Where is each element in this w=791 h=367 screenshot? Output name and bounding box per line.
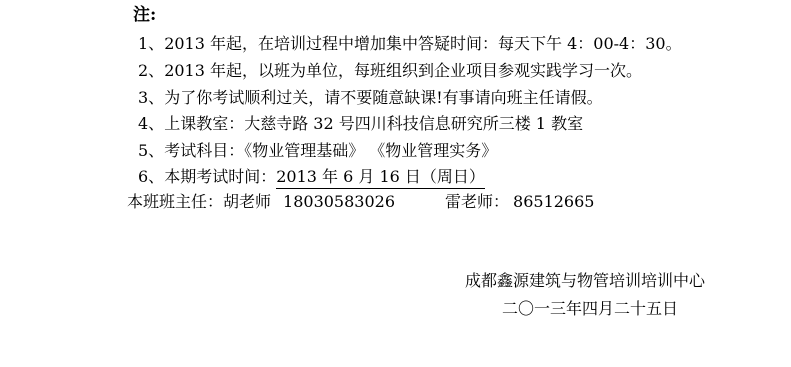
teacher1-phone: 18030583026 [283, 192, 395, 211]
signature-organization: 成都鑫源建筑与物管培训培训中心 [465, 271, 705, 291]
note-item-6: 6、本期考试时间：2013 年 6 月 16 日（周日） [138, 167, 485, 187]
signature-date: 二〇一三年四月二十五日 [502, 299, 678, 319]
teacher1-name: 胡老师 [223, 192, 271, 211]
contact-label: 本班班主任： [127, 192, 223, 211]
item-text: 本期考试时间： [164, 167, 276, 186]
item-text: 考试科目：《物业管理基础》 《物业管理实务》 [164, 141, 497, 160]
notice-document: 注: 1、2013 年起，在培训过程中增加集中答疑时间：每天下午 4：00-4：… [0, 0, 791, 367]
teacher2-name: 雷老师： [445, 192, 509, 211]
item-number: 6、 [138, 167, 164, 186]
teacher2-phone: 86512665 [513, 192, 594, 211]
item-number: 5、 [138, 141, 164, 160]
exam-date-underlined: 2013 年 6 月 16 日（周日） [276, 167, 485, 189]
note-item-3: 3、为了你考试顺利过关，请不要随意缺课!有事请向班主任请假。 [138, 88, 603, 108]
note-item-4: 4、上课教室：大慈寺路 32 号四川科技信息研究所三楼 1 教室 [138, 114, 583, 134]
item-number: 2、 [138, 61, 164, 80]
item-text: 为了你考试顺利过关，请不要随意缺课!有事请向班主任请假。 [164, 88, 602, 107]
item-number: 1、 [138, 34, 164, 53]
contact-line: 本班班主任：胡老师18030583026雷老师：86512665 [127, 192, 594, 212]
note-item-2: 2、2013 年起，以班为单位，每班组织到企业项目参观实践学习一次。 [138, 61, 642, 81]
item-number: 4、 [138, 114, 164, 133]
item-text: 上课教室：大慈寺路 32 号四川科技信息研究所三楼 1 教室 [164, 114, 583, 133]
note-item-5: 5、考试科目：《物业管理基础》 《物业管理实务》 [138, 141, 497, 161]
item-number: 3、 [138, 88, 164, 107]
item-text: 2013 年起，以班为单位，每班组织到企业项目参观实践学习一次。 [164, 61, 642, 80]
note-item-1: 1、2013 年起，在培训过程中增加集中答疑时间：每天下午 4：00-4：30。 [138, 34, 682, 54]
note-heading: 注: [133, 5, 156, 25]
item-text: 2013 年起，在培训过程中增加集中答疑时间：每天下午 4：00-4：30。 [164, 34, 681, 53]
